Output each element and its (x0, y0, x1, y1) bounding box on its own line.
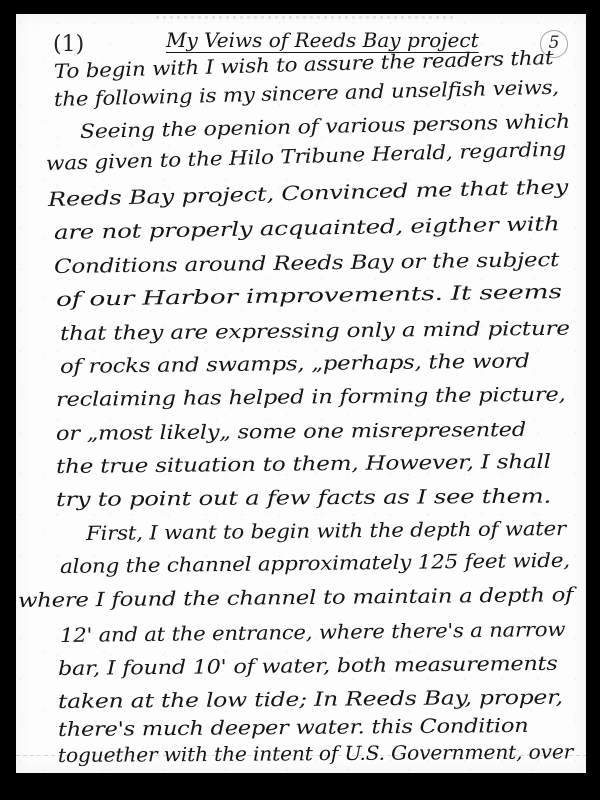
text-line: Conditions around Reeds Bay or the subje… (54, 250, 559, 277)
text-line: of our Harbor improvements. It seems (56, 282, 562, 309)
text-line: Seeing the openion of various persons wh… (80, 112, 570, 142)
document-page: (1) My Veiws of Reeds Bay project 5 To b… (16, 14, 586, 773)
text-line: taken at the low tide; In Reeds Bay, pro… (58, 688, 563, 712)
scan-edge-line (16, 755, 586, 756)
text-line: the following is my sincere and unselfis… (54, 78, 559, 110)
text-line: of rocks and swamps, „perhaps, the word (60, 351, 530, 376)
text-line: First, I want to begin with the depth of… (86, 519, 566, 544)
text-line: along the channel approximately 125 feet… (60, 551, 570, 577)
text-line: 12' and at the entrance, where there's a… (60, 620, 565, 646)
page-title: My Veiws of Reeds Bay project (166, 28, 479, 52)
text-line: the true situation to them, However, I s… (56, 452, 551, 477)
text-line: To begin with I wish to assure the reade… (54, 48, 554, 81)
text-line: are not properly acquainted, eigther wit… (54, 214, 560, 242)
text-line: was given to the Hilo Tribune Herald, re… (46, 139, 567, 173)
page-number-left: (1) (53, 32, 84, 57)
text-line: where I found the channel to maintain a … (18, 585, 573, 610)
text-line: Reeds Bay project, Convinced me that the… (48, 177, 568, 209)
text-line: bar, I found 10' of water, both measurem… (58, 654, 558, 679)
text-line: toguether with the intent of U.S. Govern… (58, 742, 573, 765)
text-line: try to point out a few facts as I see th… (56, 487, 551, 510)
text-line: or „most likely„ some one misrepresented (56, 420, 526, 444)
text-line: that they are expressing only a mind pic… (60, 319, 570, 344)
text-line: reclaiming has helped in forming the pic… (56, 385, 566, 410)
text-line: there's much deeper water. this Conditio… (58, 716, 529, 740)
scan-artifact (156, 16, 456, 19)
